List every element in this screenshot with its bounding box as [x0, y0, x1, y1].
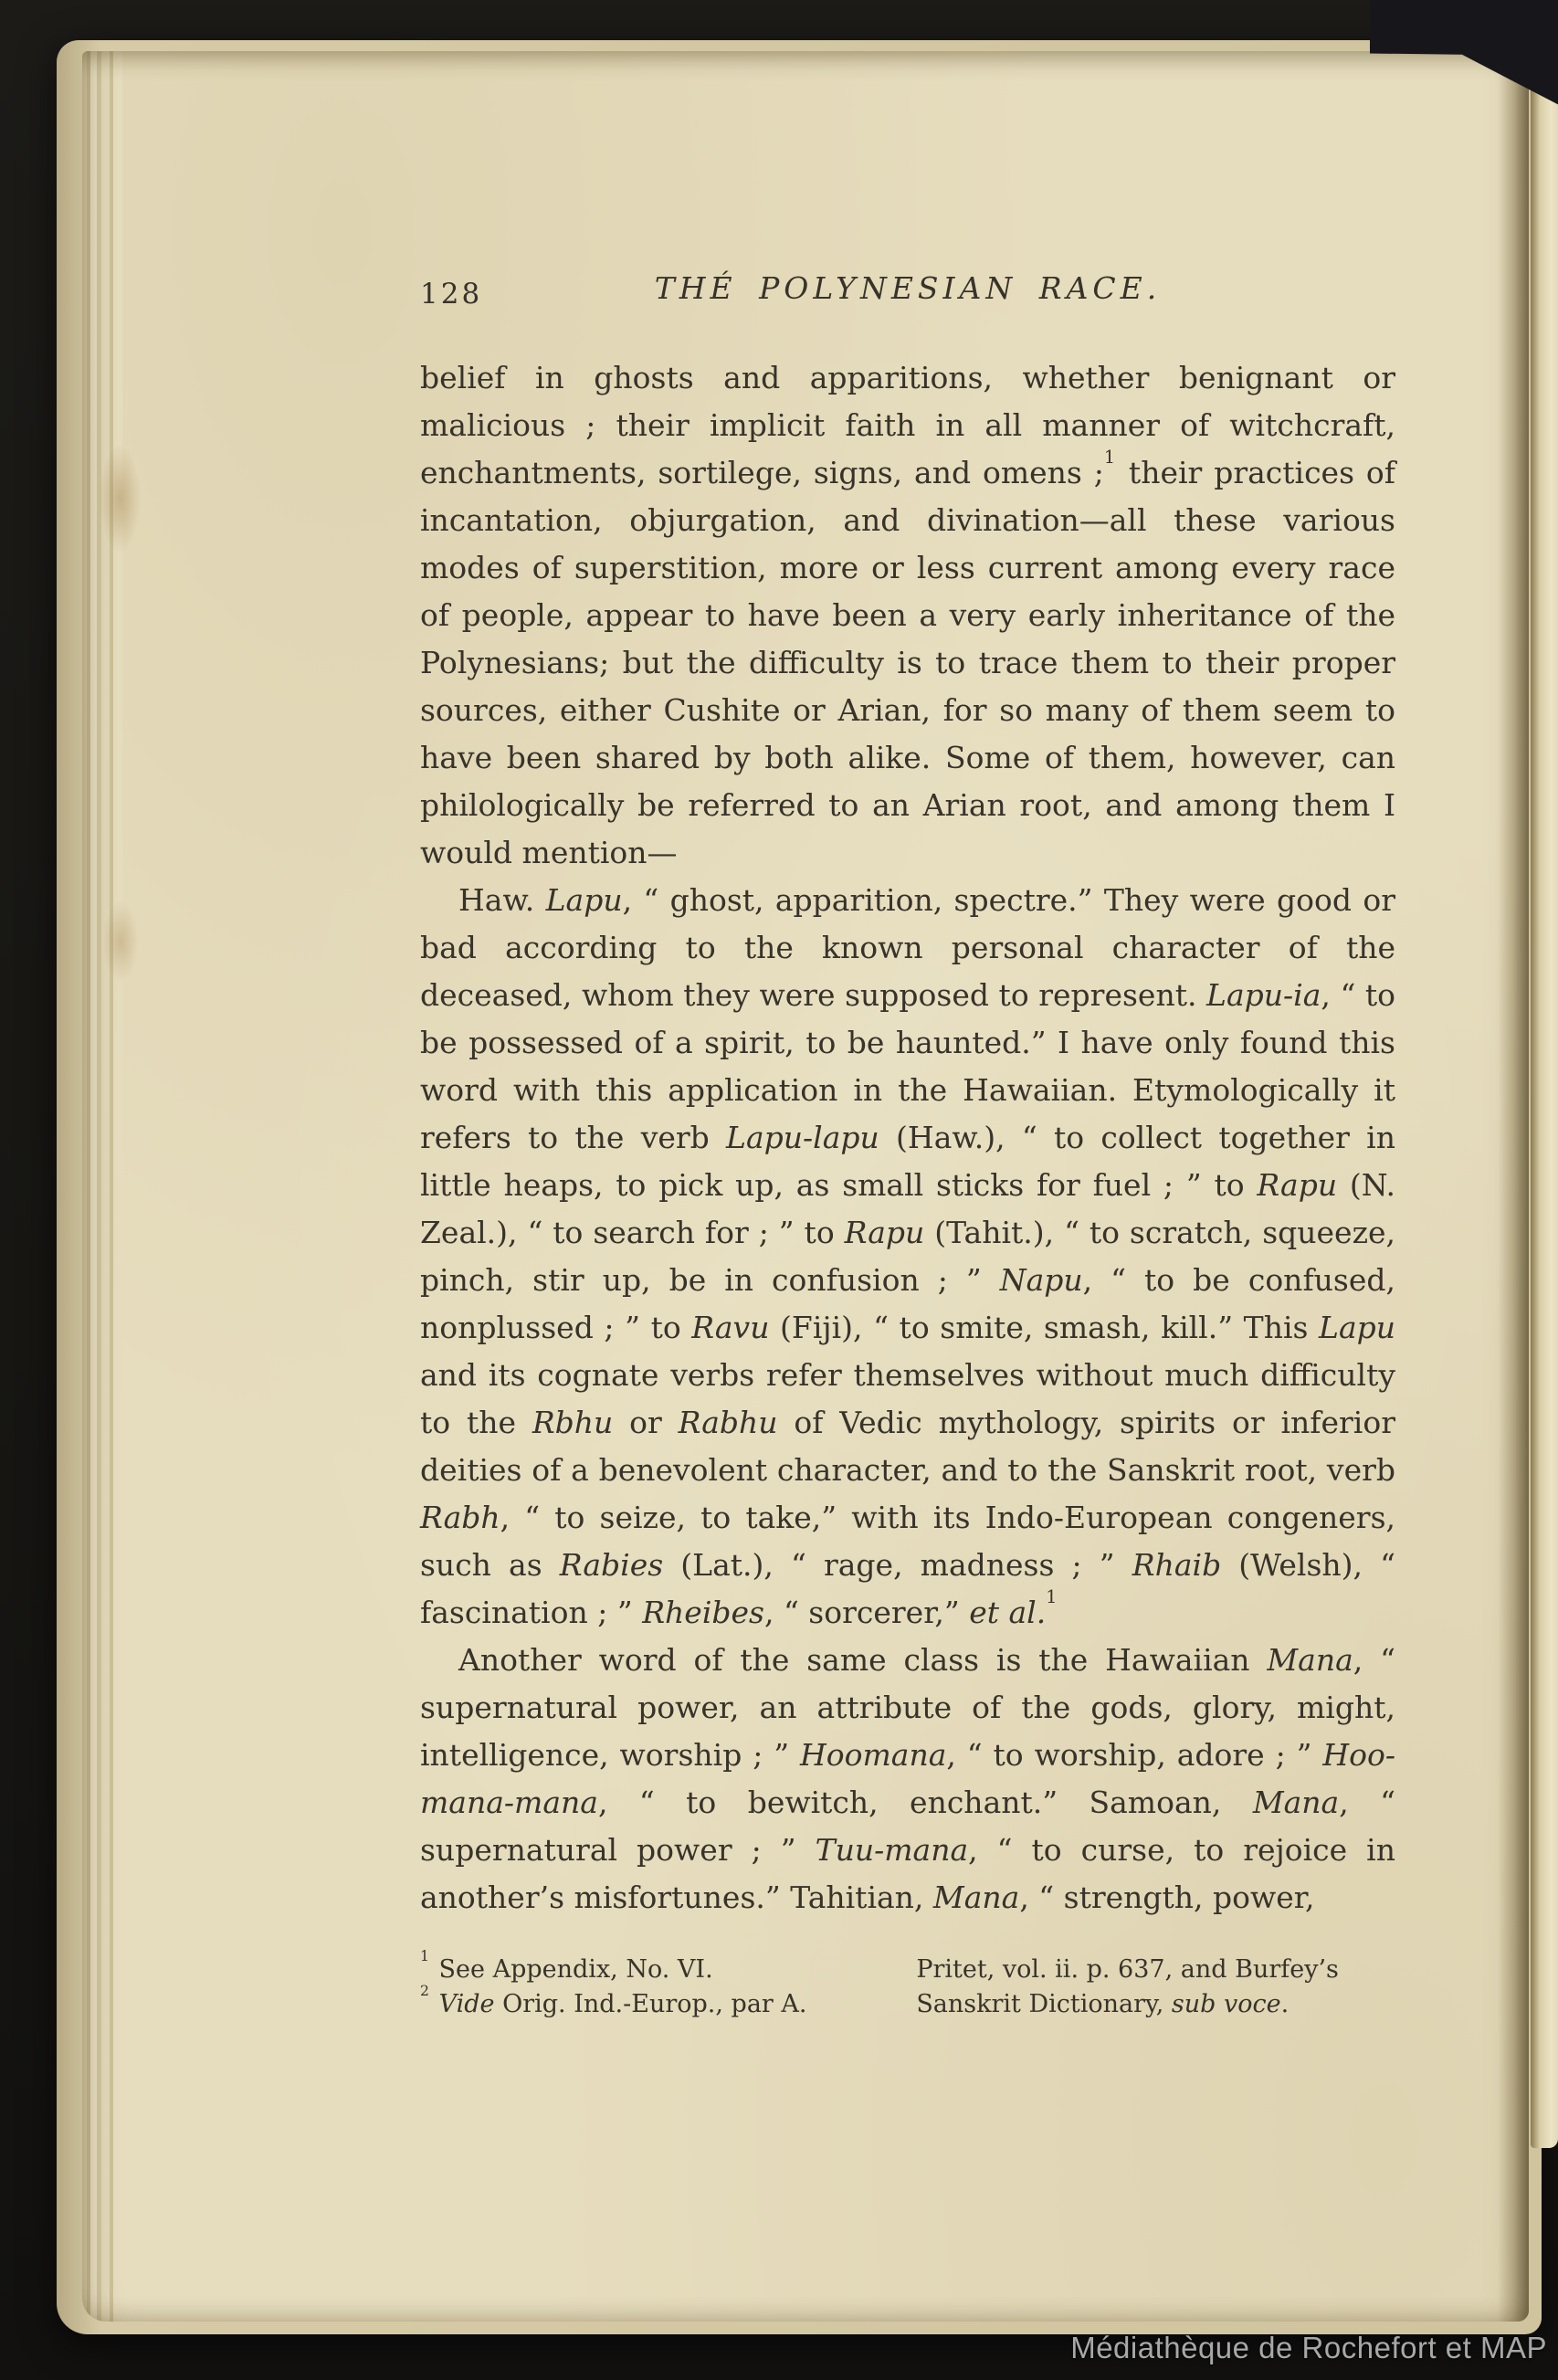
page-header: 128 THÉ POLYNESIAN RACE. [420, 270, 1395, 329]
footnotes: 1 See Appendix, No. VI.2 Vide Orig. Ind.… [420, 1953, 1395, 2022]
footnote-line: Pritet, vol. ii. p. 637, and Burfey’s [916, 1953, 1395, 1987]
running-title: THÉ POLYNESIAN RACE. [420, 270, 1395, 306]
page-deckle-edge [82, 51, 122, 2322]
page-number: 128 [420, 278, 482, 311]
body-text: belief in ghosts and apparitions, whethe… [420, 354, 1395, 1922]
paragraph: Haw. Lapu, “ ghost, apparition, spectre.… [420, 877, 1395, 1637]
footnote-line: 2 Vide Orig. Ind.-Europ., par A. [420, 1987, 898, 2022]
paragraph: Another word of the same class is the Ha… [420, 1637, 1395, 1922]
adjacent-page-edge [1531, 38, 1558, 2148]
book-page: 128 THÉ POLYNESIAN RACE. belief in ghost… [82, 51, 1529, 2322]
footnote-line: Sanskrit Dictionary, sub voce. [916, 1987, 1395, 2022]
gutter-crease [1498, 51, 1529, 2322]
footnote-column-right: Pritet, vol. ii. p. 637, and Burfey’sSan… [916, 1953, 1395, 2022]
text-column: belief in ghosts and apparitions, whethe… [420, 354, 1395, 2022]
footnote-column-left: 1 See Appendix, No. VI.2 Vide Orig. Ind.… [420, 1953, 898, 2022]
footnote-line: 1 See Appendix, No. VI. [420, 1953, 898, 1987]
paragraph: belief in ghosts and apparitions, whethe… [420, 354, 1395, 877]
library-watermark: Médiathèque de Rochefort et MAP [1070, 2331, 1547, 2365]
scan-canvas: 128 THÉ POLYNESIAN RACE. belief in ghost… [0, 0, 1558, 2380]
